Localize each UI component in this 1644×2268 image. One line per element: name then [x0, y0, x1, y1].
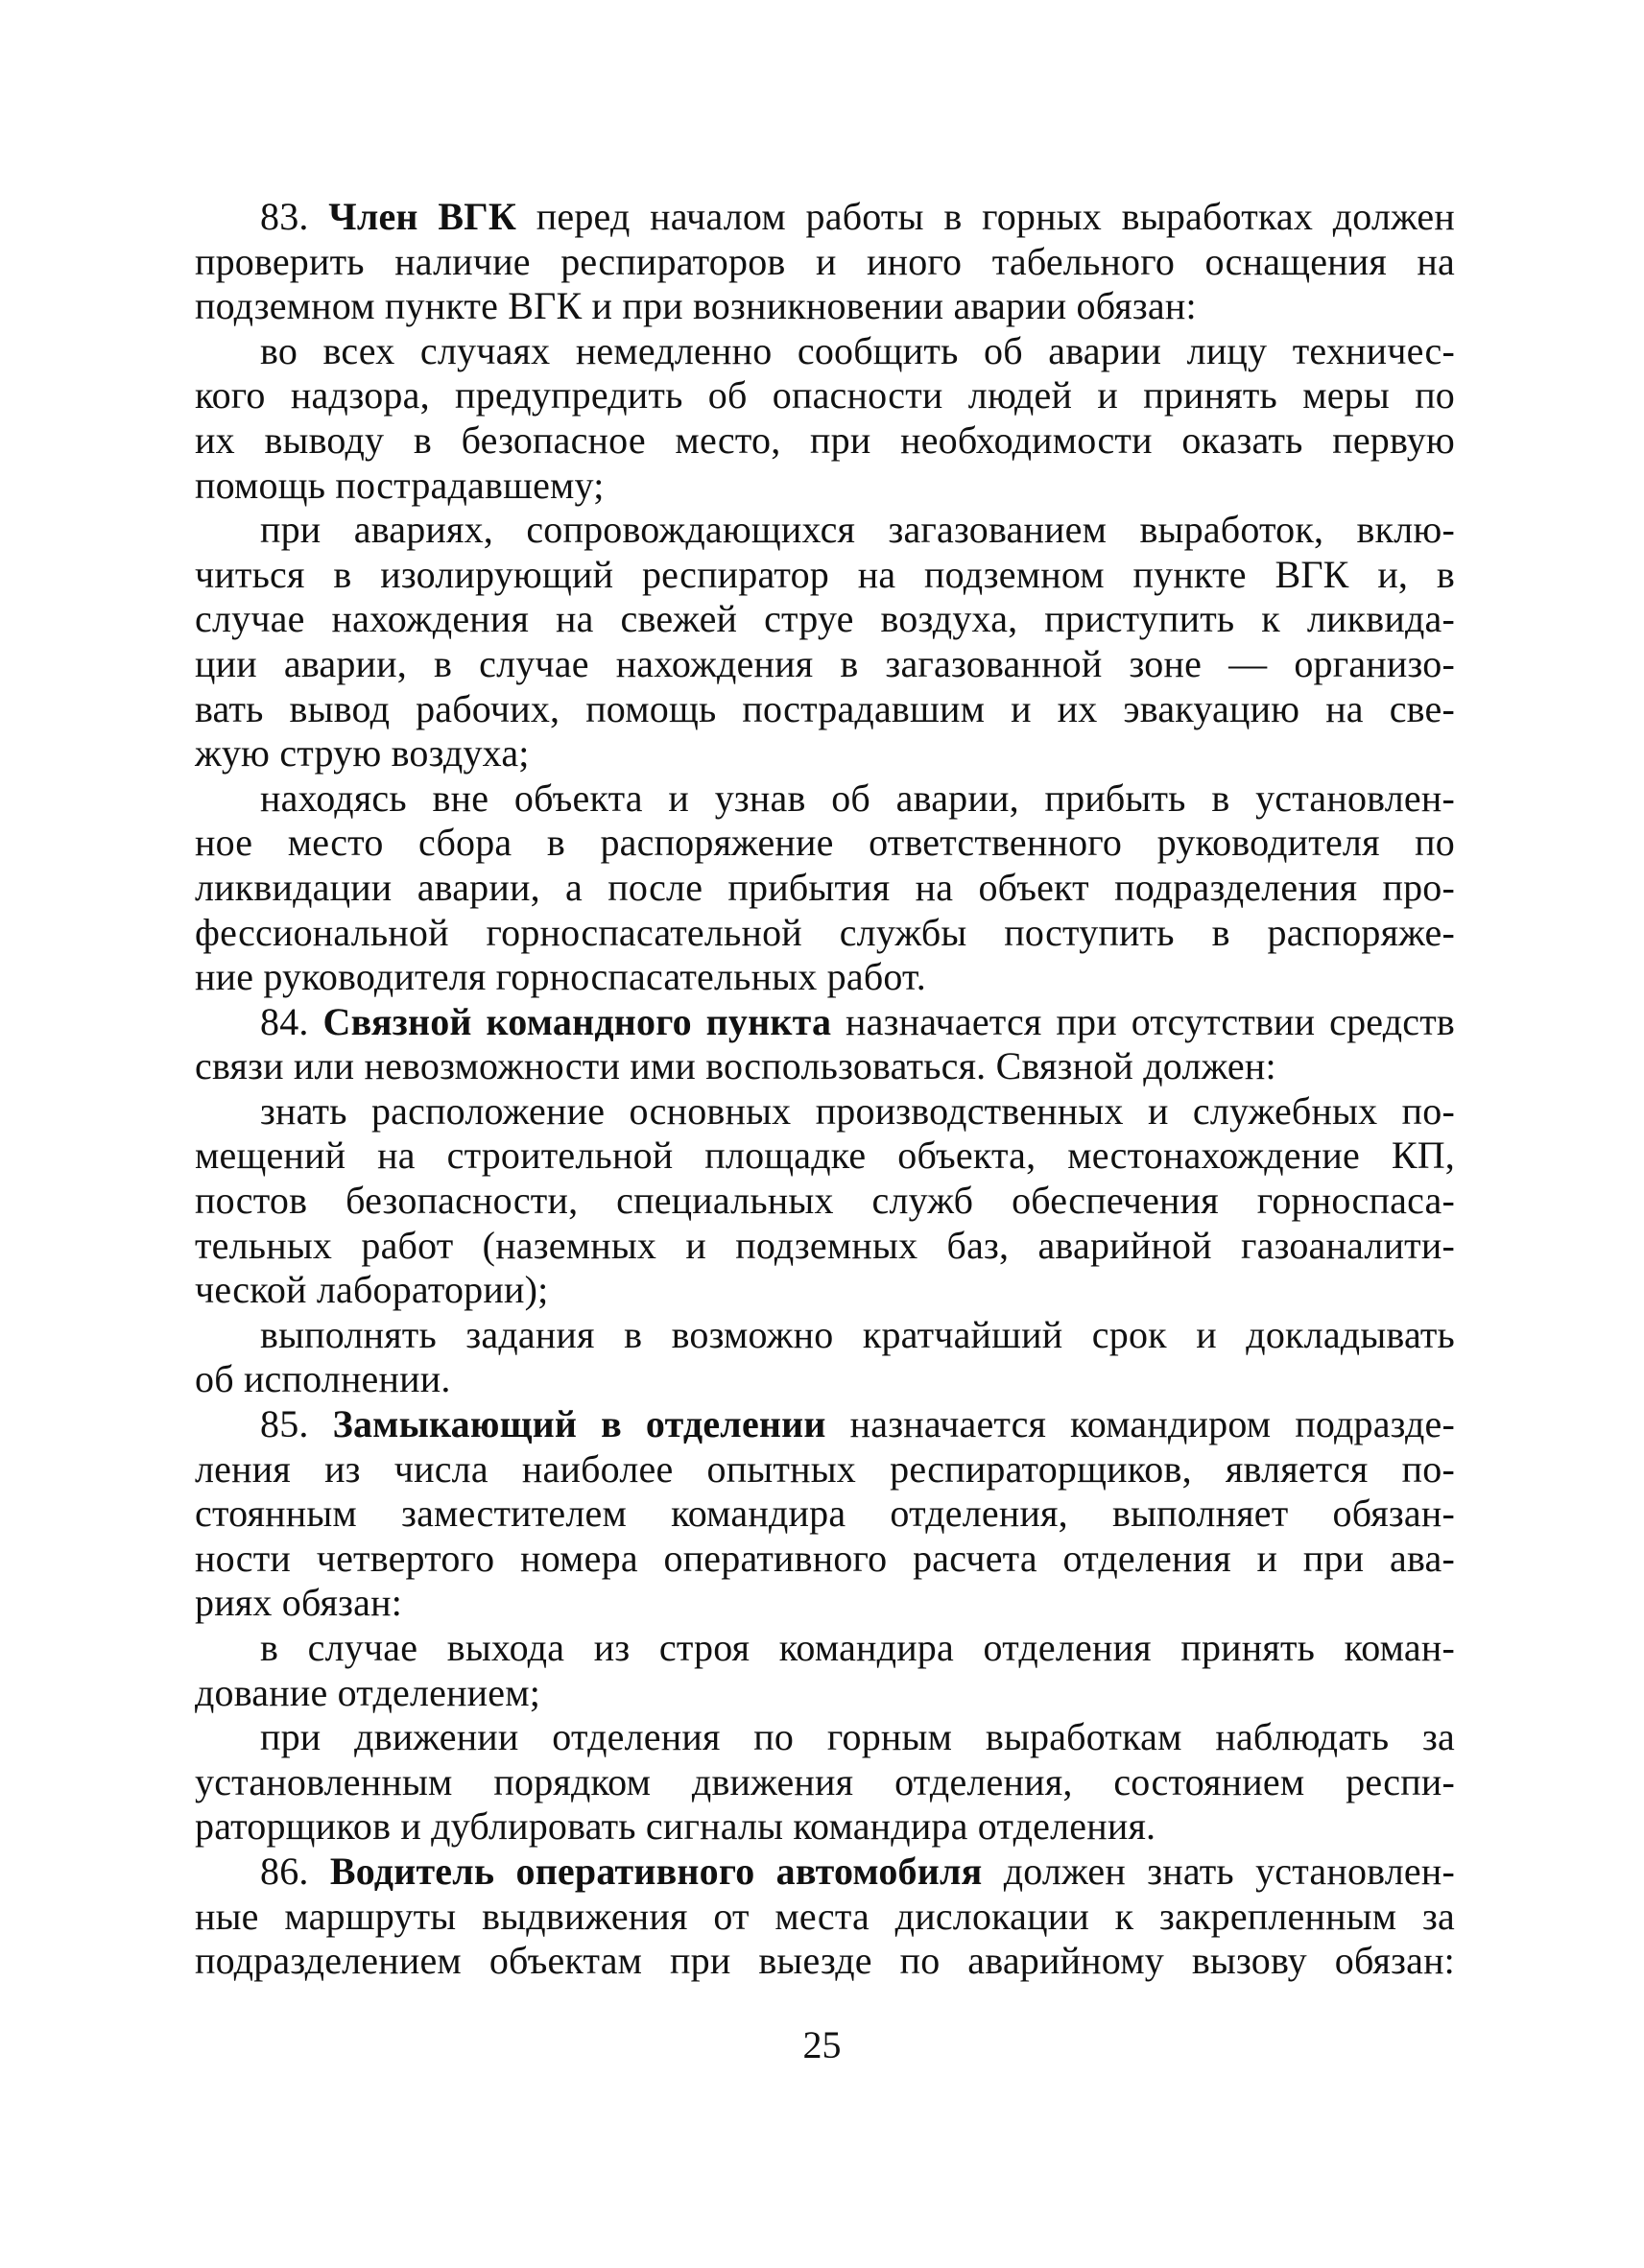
item-title: Член ВГК	[328, 195, 516, 238]
text-line: находясь вне объекта и узнав об аварии, …	[195, 776, 1455, 822]
text-line: ности четвертого номера оперативного рас…	[195, 1537, 1455, 1582]
text-line: тельных работ (наземных и подземных баз,…	[195, 1224, 1455, 1269]
text-line: подразделением объектам при выезде по ав…	[195, 1939, 1455, 1984]
text-line: знать расположение основных производстве…	[195, 1089, 1455, 1134]
paragraph-84: 84. Связной командного пункта назначаетс…	[195, 1000, 1455, 1089]
page-number: 25	[0, 2023, 1644, 2067]
text-line: в случае выхода из строя командира отдел…	[195, 1626, 1455, 1671]
text-line: дование отделением;	[195, 1671, 1455, 1716]
paragraph-85-duty-2: при движении отделения по горным выработ…	[195, 1715, 1455, 1850]
item-title: Связной командного пункта	[323, 1000, 832, 1043]
text-line: ные маршруты выдвижения от места дислока…	[195, 1895, 1455, 1940]
text-line: кого надзора, предупредить об опасности …	[195, 373, 1455, 418]
document-page: 83. Член ВГК перед началом работы в горн…	[195, 195, 1455, 1984]
item-number: 83.	[260, 195, 328, 238]
text-line: во всех случаях немедленно сообщить об а…	[195, 329, 1455, 374]
text-line: помощь пострадавшему;	[195, 464, 1455, 509]
text-line: ликвидации аварии, а после прибытия на о…	[195, 866, 1455, 911]
text-line: раторщиков и дублировать сигналы команди…	[195, 1804, 1455, 1850]
text-line: ное место сбора в распоряжение ответстве…	[195, 821, 1455, 866]
text-line: риях обязан:	[195, 1581, 1455, 1626]
item-number: 84.	[260, 1000, 323, 1043]
text-line: при движении отделения по горным выработ…	[195, 1715, 1455, 1760]
item-title: Водитель оперативного автомобиля	[330, 1850, 983, 1893]
text-line: при авариях, сопровождающихся загазовани…	[195, 508, 1455, 553]
text-line: их выводу в безопасное место, при необхо…	[195, 418, 1455, 464]
text-line: 85. Замыкающий в отделении назначается к…	[195, 1402, 1455, 1447]
text-line: постов безопасности, специальных служб о…	[195, 1179, 1455, 1224]
text-line: ления из числа наиболее опытных респират…	[195, 1447, 1455, 1492]
paragraph-83-duty-3: находясь вне объекта и узнав об аварии, …	[195, 776, 1455, 1000]
text-line: стоянным заместителем командира отделени…	[195, 1492, 1455, 1537]
text-line: мещений на строительной площадке объекта…	[195, 1134, 1455, 1179]
text-line: 83. Член ВГК перед началом работы в горн…	[195, 195, 1455, 240]
text-line: читься в изолирующий респиратор на подзе…	[195, 553, 1455, 598]
text-line: 84. Связной командного пункта назначаетс…	[195, 1000, 1455, 1045]
text-line: выполнять задания в возможно кратчайший …	[195, 1313, 1455, 1358]
paragraph-84-duty-2: выполнять задания в возможно кратчайший …	[195, 1313, 1455, 1402]
text-line: проверить наличие респираторов и иного т…	[195, 240, 1455, 285]
text-line: об исполнении.	[195, 1357, 1455, 1402]
text-line: жую струю воздуха;	[195, 731, 1455, 776]
item-number: 85.	[260, 1402, 333, 1445]
paragraph-85-duty-1: в случае выхода из строя командира отдел…	[195, 1626, 1455, 1715]
text-line: фессиональной горноспасательной службы п…	[195, 911, 1455, 956]
text-line: связи или невозможности ими воспользоват…	[195, 1044, 1455, 1089]
text-line: ции аварии, в случае нахождения в загазо…	[195, 642, 1455, 687]
paragraph-85: 85. Замыкающий в отделении назначается к…	[195, 1402, 1455, 1626]
paragraph-83: 83. Член ВГК перед началом работы в горн…	[195, 195, 1455, 329]
text-line: случае нахождения на свежей струе воздух…	[195, 597, 1455, 642]
text-line: 86. Водитель оперативного автомобиля дол…	[195, 1850, 1455, 1895]
paragraph-83-duty-1: во всех случаях немедленно сообщить об а…	[195, 329, 1455, 508]
paragraph-86: 86. Водитель оперативного автомобиля дол…	[195, 1850, 1455, 1984]
text-line: ние руководителя горноспасательных работ…	[195, 955, 1455, 1000]
paragraph-83-duty-2: при авариях, сопровождающихся загазовани…	[195, 508, 1455, 776]
text-line: вать вывод рабочих, помощь пострадавшим …	[195, 687, 1455, 732]
item-number: 86.	[260, 1850, 330, 1893]
item-title: Замыкающий в отделении	[333, 1402, 826, 1445]
text-line: установленным порядком движения отделени…	[195, 1760, 1455, 1805]
paragraph-84-duty-1: знать расположение основных производстве…	[195, 1089, 1455, 1313]
text-line: ческой лаборатории);	[195, 1268, 1455, 1313]
text-line: подземном пункте ВГК и при возникновении…	[195, 284, 1455, 329]
